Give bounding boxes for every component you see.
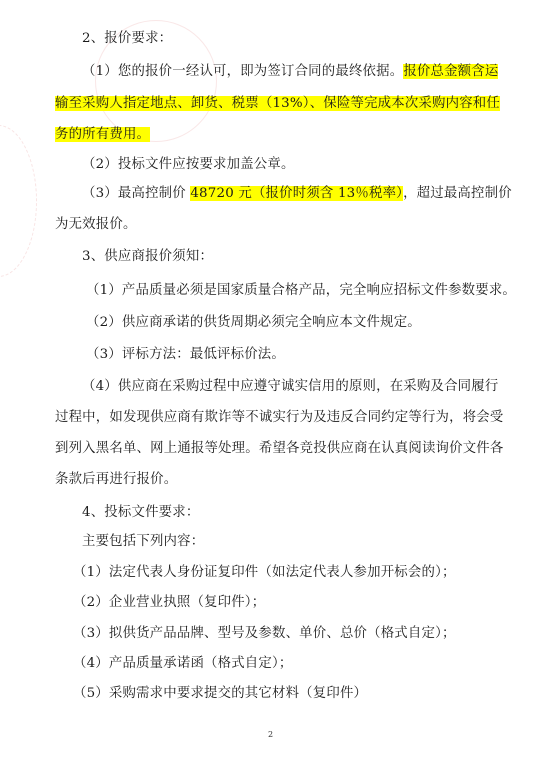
section4-item2: （2）企业营业执照（复印件）；: [73, 594, 265, 612]
section4-item1: （1）法定代表人身份证复印件（如法定代表人参加开标会的）；: [73, 564, 456, 582]
section2-item1-prefix: （1）您的报价一经认可，即为签订合同的最终依据。: [82, 64, 403, 79]
highlighted-text: 报价总金额含运: [403, 64, 498, 79]
section2-item1-line2: 输至采购人指定地点、卸货、税票（13%）、保险等完成本次采购内容和任: [55, 95, 500, 113]
section3-item4-line4: 条款后再进行报价。: [55, 471, 177, 489]
section2-item3-line2: 为无效报价。: [55, 216, 137, 234]
section3-item4-line2: 过程中，如发现供应商有欺诈等不诚实行为及违反合同约定等行为，将会受: [55, 409, 504, 427]
section4-item5: （5）采购需求中要求提交的其它材料（复印件）: [73, 685, 367, 703]
section3-item3: （3）评标方法：最低评标价法。: [86, 346, 285, 364]
section2-item3-suffix: ，超过最高控制价: [403, 186, 512, 201]
section3-item2: （2）供应商承诺的供货周期必须完全响应本文件规定。: [86, 314, 421, 332]
section2-heading: 2、报价要求：: [82, 30, 172, 48]
page-number: 2: [268, 730, 273, 739]
max-price-highlight: 48720 元（报价时须含 13％税率）: [190, 186, 403, 201]
section2-item3-line1: （3）最高控制价 48720 元（报价时须含 13％税率），超过最高控制价: [82, 185, 512, 203]
section3-heading: 3、供应商报价须知：: [82, 248, 213, 266]
section4-intro: 主要包括下列内容：: [82, 533, 204, 551]
highlighted-text: 务的所有费用。: [55, 127, 150, 142]
highlighted-text: 输至采购人指定地点、卸货、税票（13%）、保险等完成本次采购内容和任: [55, 96, 500, 111]
section3-item4-line1: （4）供应商在采购过程中应遵守诚实信用的原则，在采购及合同履行: [82, 378, 498, 396]
faint-seal-stamp-left: [0, 125, 37, 277]
section2-item2: （2）投标文件应按要求加盖公章。: [82, 156, 295, 174]
section3-item1: （1）产品质量必须是国家质量合格产品，完全响应招标文件参数要求。: [86, 282, 516, 300]
section4-item3: （3）拟供货产品品牌、型号及参数、单价、总价（格式自定）；: [73, 625, 456, 643]
section2-item3-prefix: （3）最高控制价: [82, 186, 190, 201]
document-page: 2、报价要求： （1）您的报价一经认可，即为签订合同的最终依据。报价总金额含运 …: [0, 0, 546, 765]
section3-item4-line3: 到列入黑名单、网上通报等处理。希望各竞投供应商在认真阅读询价文件各: [55, 440, 504, 458]
section2-item1-line1: （1）您的报价一经认可，即为签订合同的最终依据。报价总金额含运: [82, 63, 498, 81]
section2-item1-line3: 务的所有费用。: [55, 126, 150, 144]
section4-heading: 4、投标文件要求：: [82, 504, 199, 522]
section4-item4: （4）产品质量承诺函（格式自定）；: [73, 655, 292, 673]
